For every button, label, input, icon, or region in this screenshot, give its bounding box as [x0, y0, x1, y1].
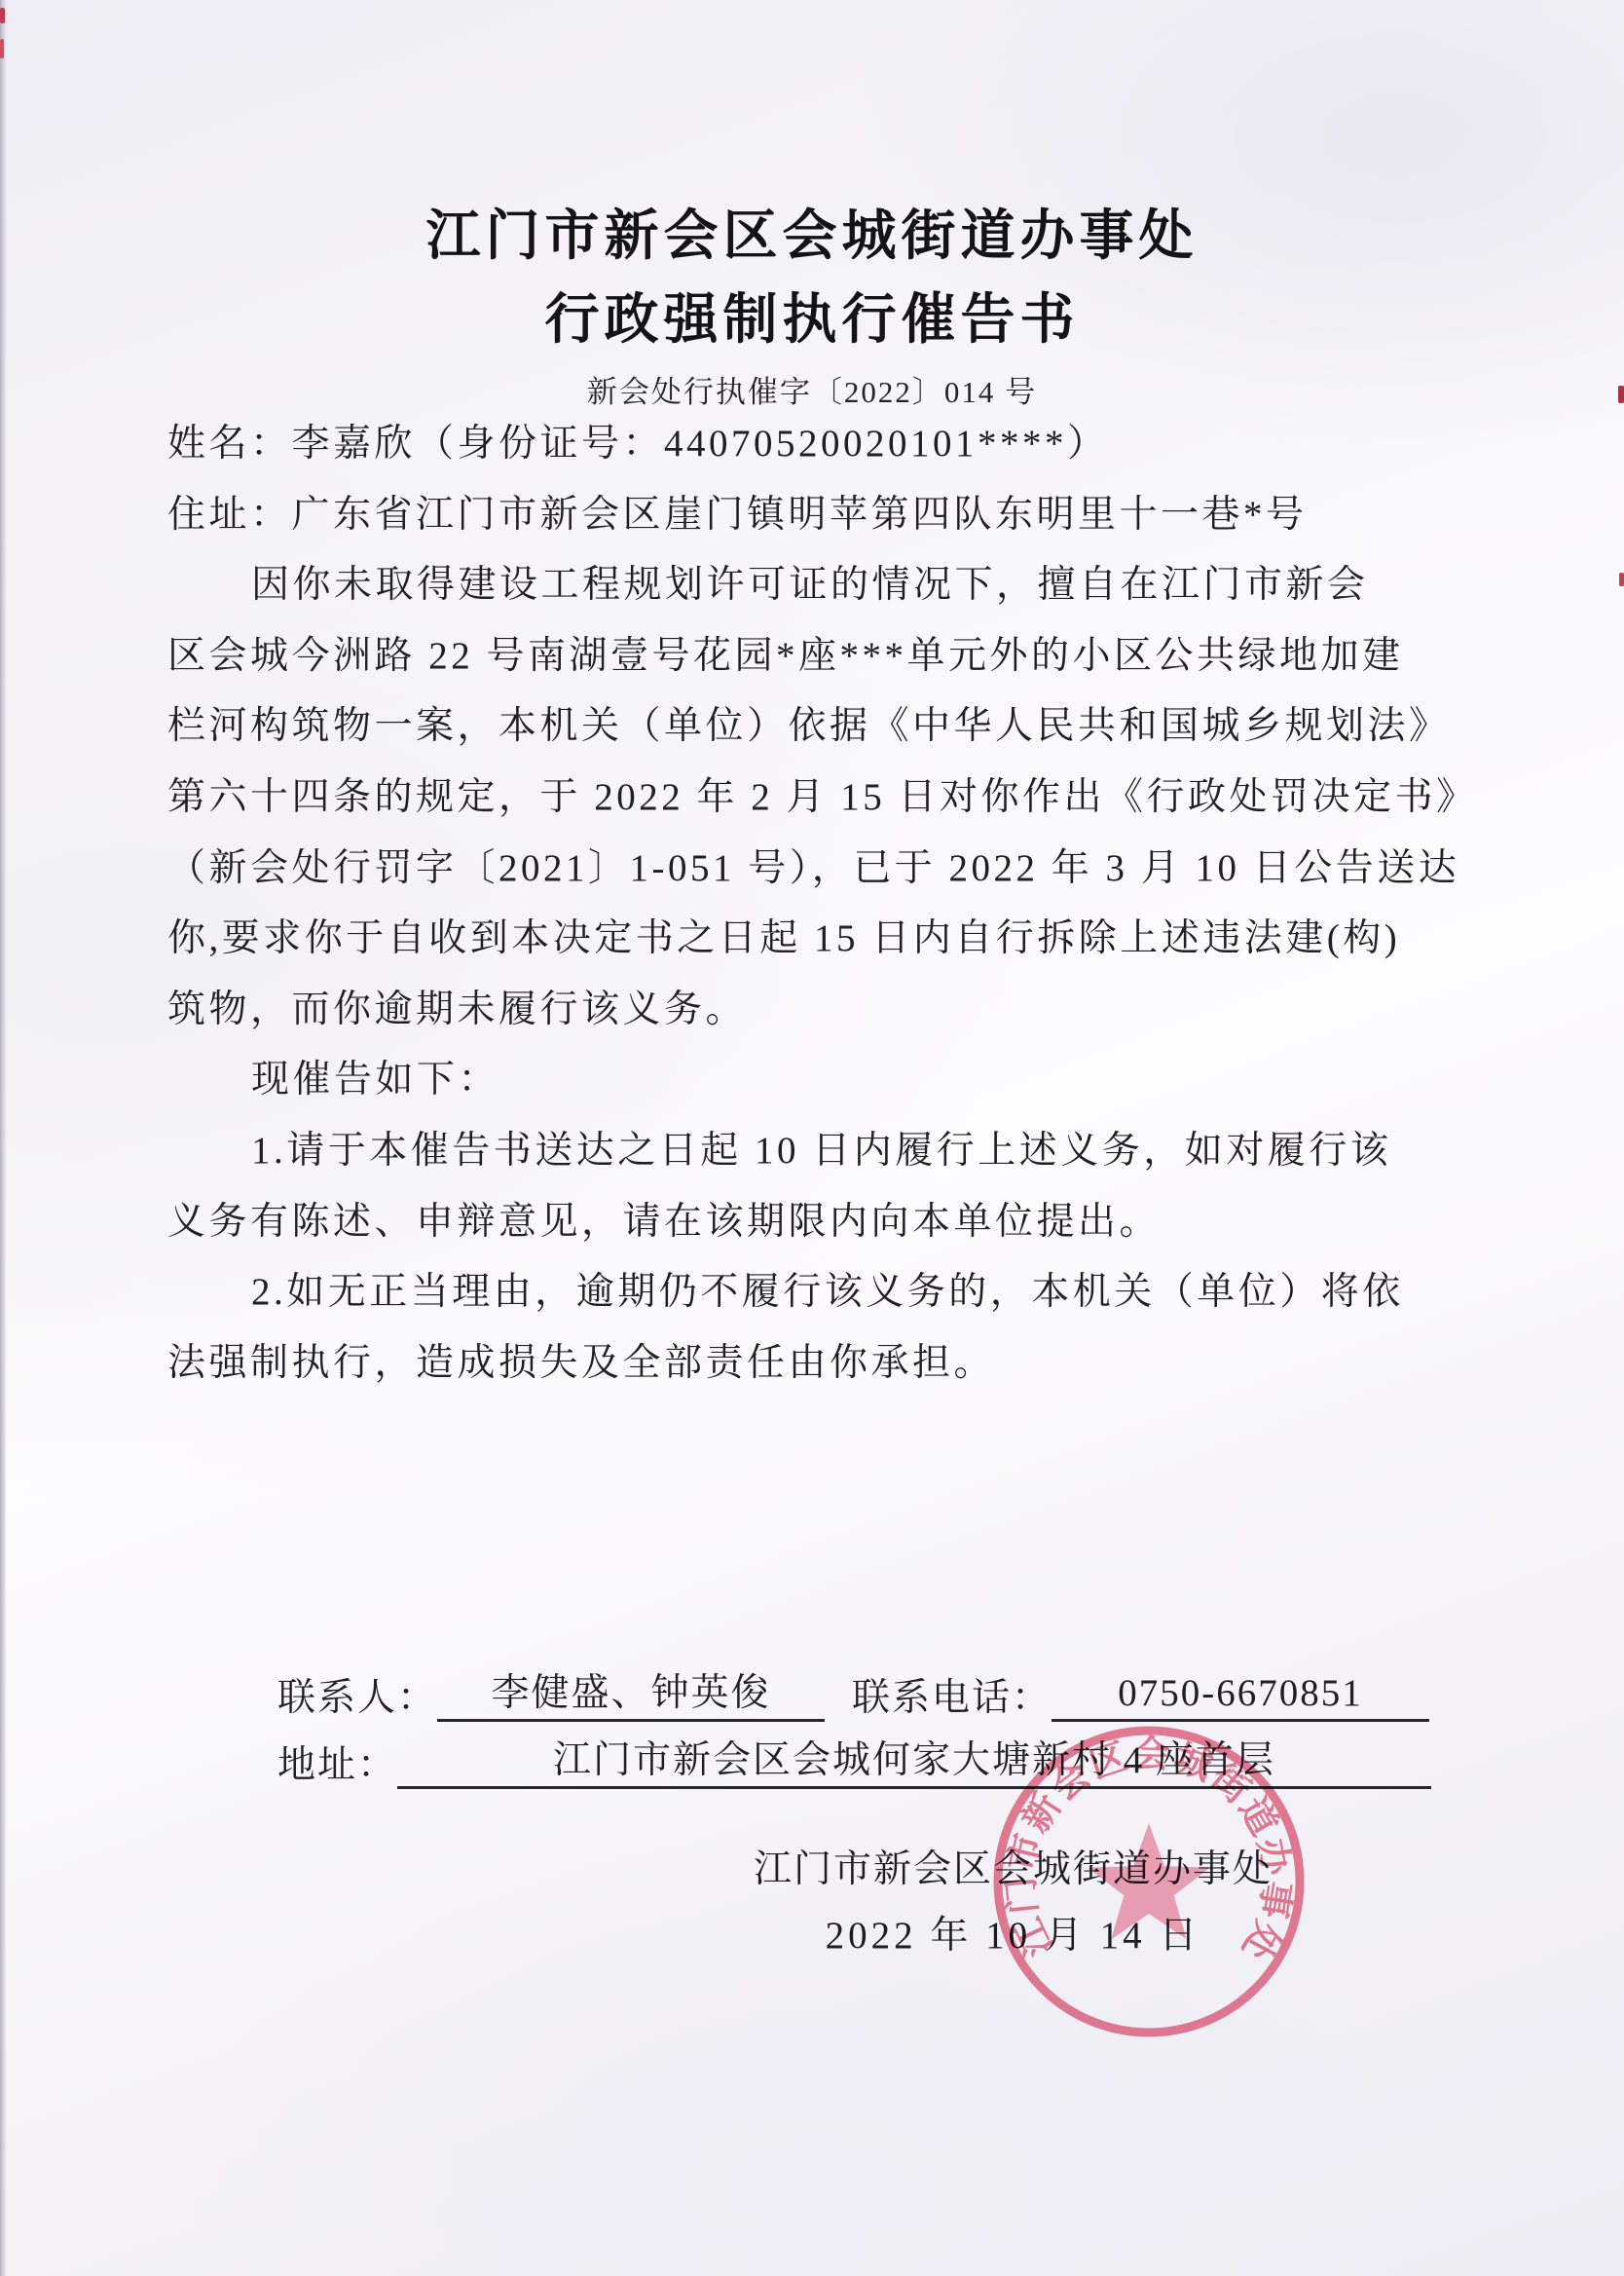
scanned-document-page: { "page": { "title_line1": "江门市新会区会城街道办事…: [0, 0, 1624, 2276]
official-seal-stamp: 江门市新会区会城街道办事处: [981, 1714, 1316, 2049]
body-line: 栏河构筑物一案，本机关（单位）依据《中华人民共和国城乡规划法》: [167, 691, 1480, 763]
body-line: 1.请于本催告书送达之日起 10 日内履行上述义务，如对履行该: [167, 1116, 1480, 1187]
contact-person-label: 联系人：: [277, 1677, 437, 1719]
body-line: 2.如无正当理由，逾期仍不履行该义务的，本机关（单位）将依: [167, 1257, 1480, 1328]
scan-artifact: [0, 8, 5, 23]
body-line: 第六十四条的规定，于 2022 年 2 月 15 日对你作出《行政处罚决定书》: [167, 763, 1480, 834]
recipient-address-line: 住址：广东省江门市新会区崖门镇明苹第四队东明里十一巷*号: [167, 480, 1480, 551]
contact-address-label: 地址：: [277, 1744, 397, 1786]
stamp-star-icon: [1088, 1823, 1210, 1939]
body-line: 因你未取得建设工程规划许可证的情况下，擅自在江门市新会: [167, 550, 1480, 621]
body-line: （新会处行罚字〔2021〕1-051 号），已于 2022 年 3 月 10 日…: [167, 834, 1480, 905]
body-line: 筑物，而你逾期未履行该义务。: [167, 975, 1480, 1046]
contact-phone-label: 联系电话：: [852, 1677, 1052, 1719]
body-line: 现催告如下：: [167, 1045, 1480, 1116]
scan-artifact: [1619, 573, 1624, 586]
recipient-name-line: 姓名：李嘉欣（身份证号：44070520020101****）: [167, 409, 1480, 480]
body-line: 区会城今洲路 22 号南湖壹号花园*座***单元外的小区公共绿地加建: [167, 621, 1480, 692]
scan-artifact: [0, 39, 4, 58]
body-line: 法强制执行，造成损失及全部责任由你承担。: [167, 1328, 1480, 1399]
document-body: 姓名：李嘉欣（身份证号：44070520020101****） 住址：广东省江门…: [167, 409, 1480, 1399]
body-line: 你,要求你于自收到本决定书之日起 15 日内自行拆除上述违法建(构): [167, 904, 1480, 975]
body-line: 义务有陈述、申辩意见，请在该期限内向本单位提出。: [167, 1187, 1480, 1258]
document-number: 新会处行执催字〔2022〕014 号: [0, 367, 1624, 411]
contact-person-value: 李健盛、钟英俊: [437, 1668, 825, 1722]
document-title-type: 行政强制执行催告书: [0, 277, 1624, 354]
document-title-org: 江门市新会区会城街道办事处: [0, 193, 1624, 271]
